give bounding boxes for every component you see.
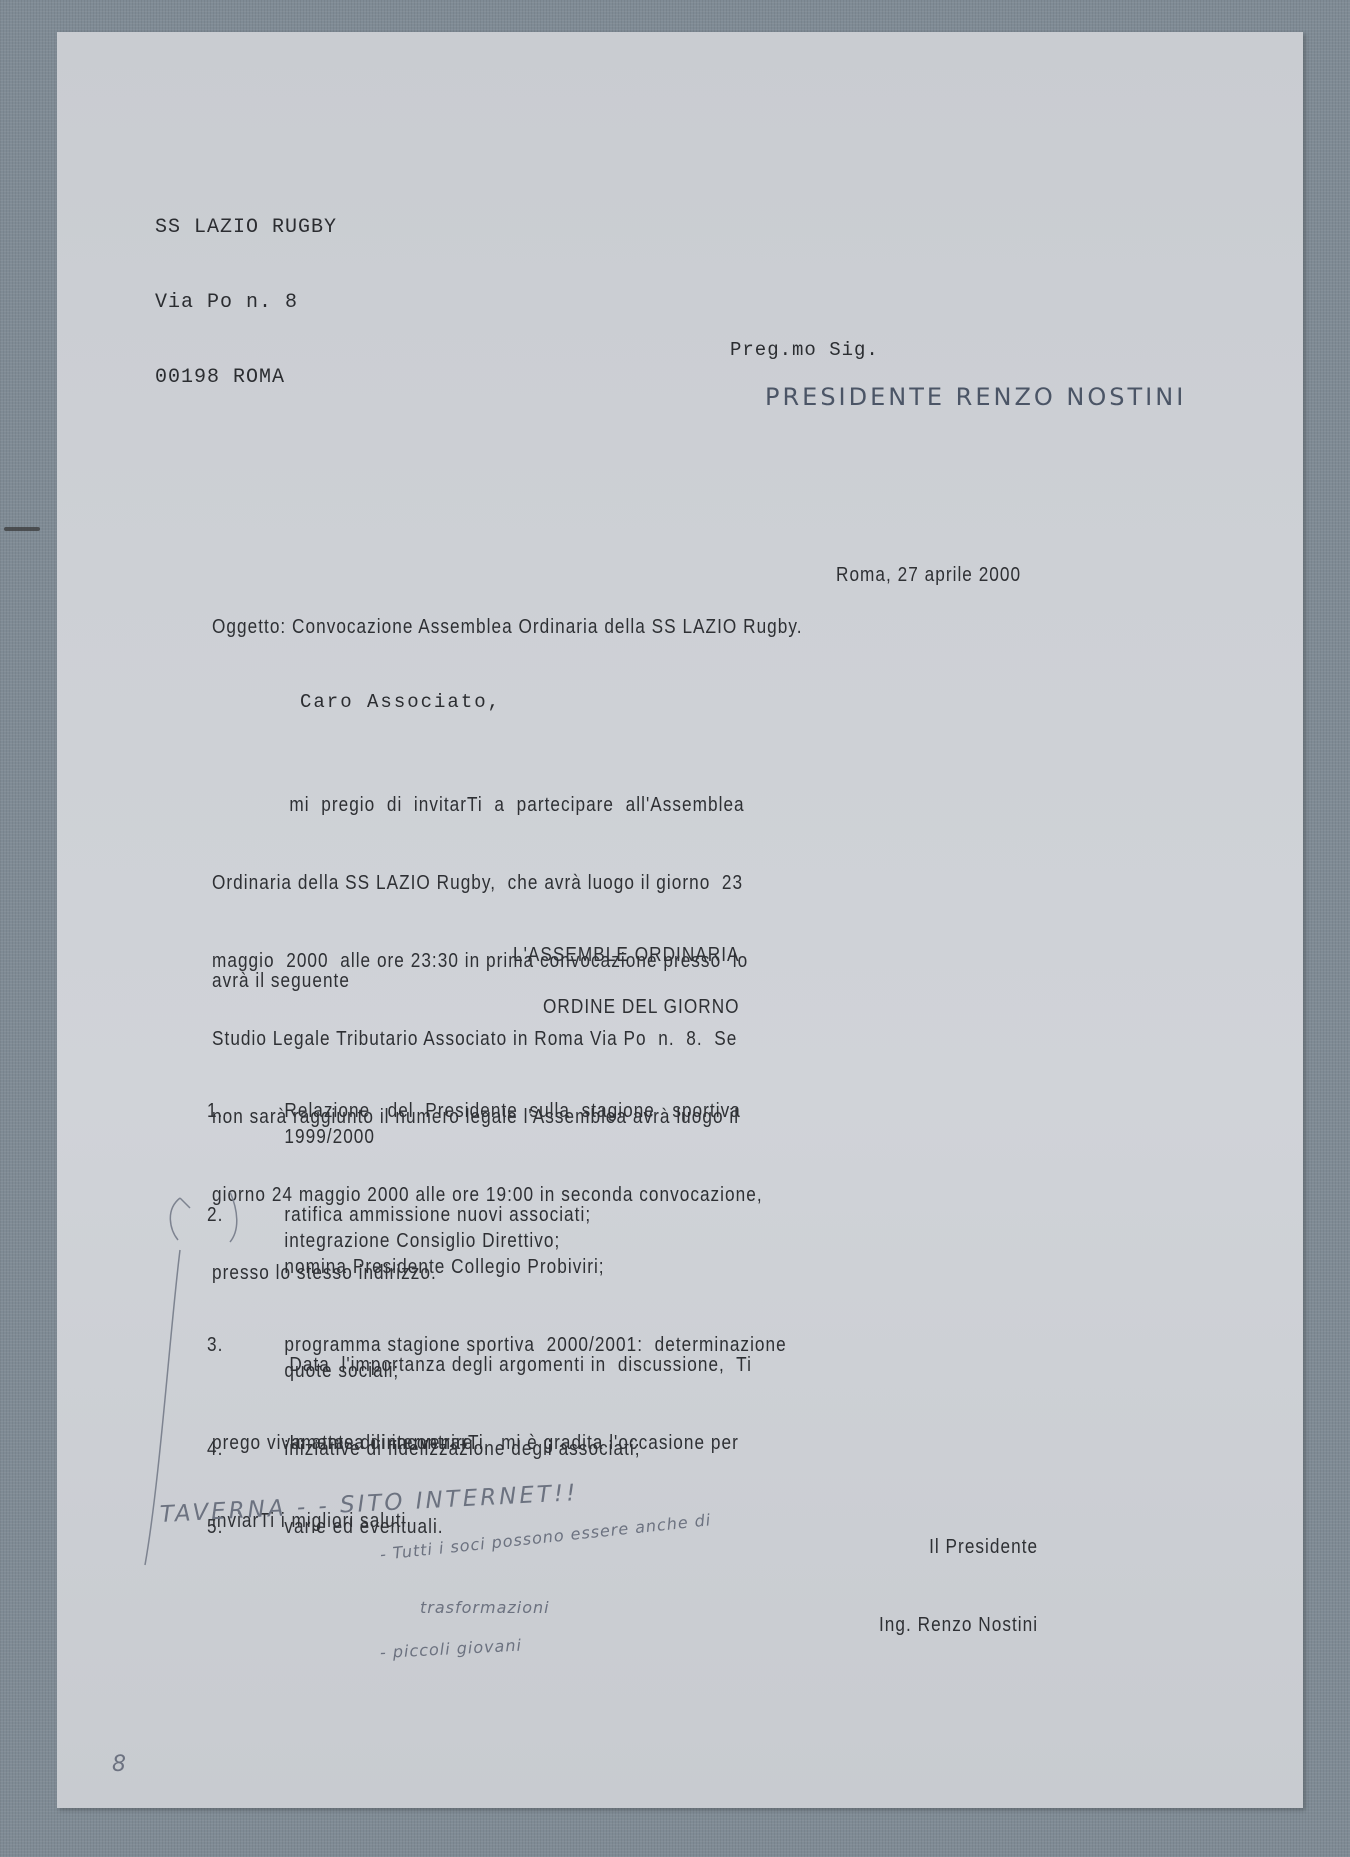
agenda-heading-assembly: L'ASSEMBLE ORDINARIA [513,942,740,968]
paragraph-line: In attesa di incontrarTi, mi è gradita l… [212,1430,739,1456]
handwritten-note-line-3: trasformazioni [420,1598,550,1617]
ink-mark [4,527,40,531]
signature-title: Il Presidente [862,1534,1038,1560]
recipient-salutation: Preg.mo Sig. [730,338,879,363]
agenda-item-number: 1. [207,1098,284,1150]
greeting: Caro Associato, [300,690,501,715]
paragraph-line: Ordinaria della SS LAZIO Rugby, che avrà… [212,870,763,896]
signature-name: Ing. Renzo Nostini [862,1612,1038,1638]
subject-line: Oggetto: Convocazione Assemblea Ordinari… [212,614,803,640]
sender-block: SS LAZIO RUGBY Via Po n. 8 00198 ROMA [155,165,337,415]
agenda-item-2: 2. ratifica ammissione nuovi associati;i… [207,1202,787,1280]
agenda-item-text: nomina Presidente Collegio Probiviri; [284,1254,786,1280]
agenda-intro: avrà il seguente [212,968,350,994]
agenda-item-text: 1999/2000 [284,1124,786,1150]
handwritten-page-number: 8 [112,1752,129,1777]
recipient-handwritten-name: PRESIDENTE RENZO NOSTINI [765,383,1186,411]
paragraph-line: Data l'importanza degli argomenti in dis… [212,1352,752,1378]
sender-address: Via Po n. 8 [155,290,337,315]
agenda-item-1: 1. Relazione del Presidente sulla stagio… [207,1098,787,1150]
agenda-item-text: ratifica ammissione nuovi associati; [284,1202,786,1228]
agenda-item-text: Relazione del Presidente sulla stagione … [284,1098,786,1124]
paragraph-line: mi pregio di invitarTi a partecipare all… [212,792,763,818]
sender-name: SS LAZIO RUGBY [155,215,337,240]
sender-city: 00198 ROMA [155,365,337,390]
agenda-item-text: integrazione Consiglio Direttivo; [284,1228,786,1254]
date-line: Roma, 27 aprile 2000 [836,562,1021,588]
agenda-heading-order: ORDINE DEL GIORNO [543,994,740,1020]
signature-block: Il Presidente Ing. Renzo Nostini [862,1482,1038,1664]
